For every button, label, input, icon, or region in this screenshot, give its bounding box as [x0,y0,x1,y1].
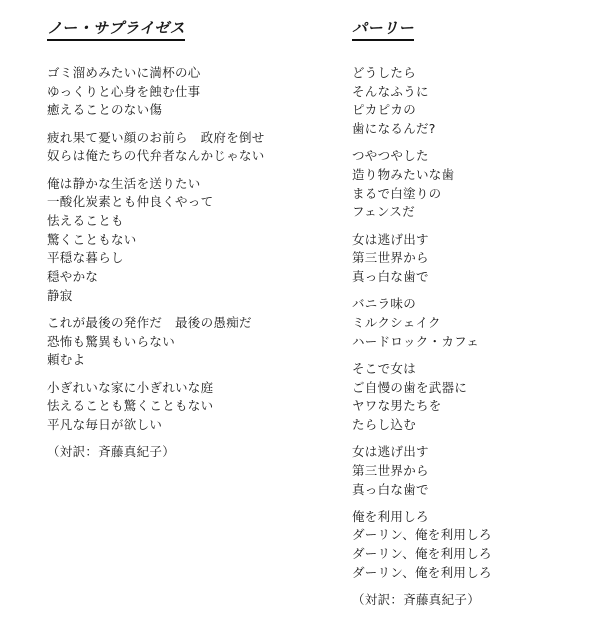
lyric-line: 静寂 [47,287,327,306]
translation-credit: （対訳：斉藤真紀子） [352,591,582,610]
lyric-line: 怯えることも [47,212,327,231]
lyric-line: 真っ白な歯で [352,268,582,287]
lyric-line: まるで白塗りの [352,185,582,204]
stanza: 女は逃げ出す 第三世界から 真っ白な歯で [352,231,582,287]
lyric-line: そんなふうに [352,83,582,102]
lyric-line: 癒えることのない傷 [47,101,327,120]
lyric-line: 第三世界から [352,249,582,268]
lyric-line: ピカピカの [352,101,582,120]
lyric-line: ダーリン、俺を利用しろ [352,545,582,564]
lyric-line: 平穏な暮らし [47,249,327,268]
stanza: これが最後の発作だ 最後の愚痴だ 恐怖も驚異もいらない 頼むよ [47,314,327,370]
stanza: 女は逃げ出す 第三世界から 真っ白な歯で [352,443,582,499]
lyric-line: 驚くこともない [47,231,327,250]
stanza: つやつやした 造り物みたいな歯 まるで白塗りの フェンスだ [352,147,582,222]
lyric-line: どうしたら [352,64,582,83]
lyric-line: ゴミ溜めみたいに満杯の心 [47,64,327,83]
lyric-line: ダーリン、俺を利用しろ [352,564,582,583]
lyric-line: 造り物みたいな歯 [352,166,582,185]
lyric-line: 恐怖も驚異もいらない [47,333,327,352]
lyric-line: 一酸化炭素とも仲良くやって [47,193,327,212]
lyric-line: ハードロック・カフェ [352,333,582,352]
lyric-line: 穏やかな [47,268,327,287]
lyrics: どうしたら そんなふうに ピカピカの 歯になるんだ? つやつやした 造り物みたい… [352,64,582,610]
lyric-line: 第三世界から [352,462,582,481]
lyric-line: ゆっくりと心身を蝕む仕事 [47,83,327,102]
lyrics: ゴミ溜めみたいに満杯の心 ゆっくりと心身を蝕む仕事 癒えることのない傷 疲れ果て… [47,64,327,462]
stanza: ゴミ溜めみたいに満杯の心 ゆっくりと心身を蝕む仕事 癒えることのない傷 [47,64,327,120]
lyric-line: ヤワな男たちを [352,397,582,416]
lyric-line: 頼むよ [47,351,327,370]
lyric-line: 女は逃げ出す [352,231,582,250]
song-no-surprises: ノー・サプライゼス ゴミ溜めみたいに満杯の心 ゆっくりと心身を蝕む仕事 癒えるこ… [47,18,327,462]
lyric-line: たらし込む [352,416,582,435]
lyric-line: 真っ白な歯で [352,481,582,500]
stanza: 疲れ果て憂い顔のお前ら 政府を倒せ 奴らは俺たちの代弁者なんかじゃない [47,129,327,166]
lyric-line: 平凡な毎日が欲しい [47,416,327,435]
lyric-line: 奴らは俺たちの代弁者なんかじゃない [47,147,327,166]
lyric-line: これが最後の発作だ 最後の愚痴だ [47,314,327,333]
lyric-line: ミルクシェイク [352,314,582,333]
stanza: 俺を利用しろ ダーリン、俺を利用しろ ダーリン、俺を利用しろ ダーリン、俺を利用… [352,508,582,583]
lyric-line: つやつやした [352,147,582,166]
lyric-line: フェンスだ [352,203,582,222]
stanza: 小ぎれいな家に小ぎれいな庭 怯えることも驚くこともない 平凡な毎日が欲しい [47,379,327,435]
lyric-line: ダーリン、俺を利用しろ [352,526,582,545]
lyric-line: 女は逃げ出す [352,443,582,462]
stanza: バニラ味の ミルクシェイク ハードロック・カフェ [352,295,582,351]
lyric-line: 小ぎれいな家に小ぎれいな庭 [47,379,327,398]
lyric-line: 俺は静かな生活を送りたい [47,175,327,194]
song-paranoid-android-pearly: パーリー どうしたら そんなふうに ピカピカの 歯になるんだ? つやつやした 造… [352,18,582,610]
stanza: 俺は静かな生活を送りたい 一酸化炭素とも仲良くやって 怯えることも 驚くこともな… [47,175,327,306]
lyric-line: 俺を利用しろ [352,508,582,527]
stanza: どうしたら そんなふうに ピカピカの 歯になるんだ? [352,64,582,139]
lyric-line: ご自慢の歯を武器に [352,379,582,398]
lyric-line: バニラ味の [352,295,582,314]
lyric-line: 怯えることも驚くこともない [47,397,327,416]
lyric-line: 歯になるんだ? [352,120,582,139]
lyric-line: そこで女は [352,360,582,379]
lyric-line: 疲れ果て憂い顔のお前ら 政府を倒せ [47,129,327,148]
stanza: そこで女は ご自慢の歯を武器に ヤワな男たちを たらし込む [352,360,582,435]
translation-credit: （対訳：斉藤真紀子） [47,443,327,462]
song-title: パーリー [352,18,414,41]
song-title: ノー・サプライゼス [47,18,185,41]
